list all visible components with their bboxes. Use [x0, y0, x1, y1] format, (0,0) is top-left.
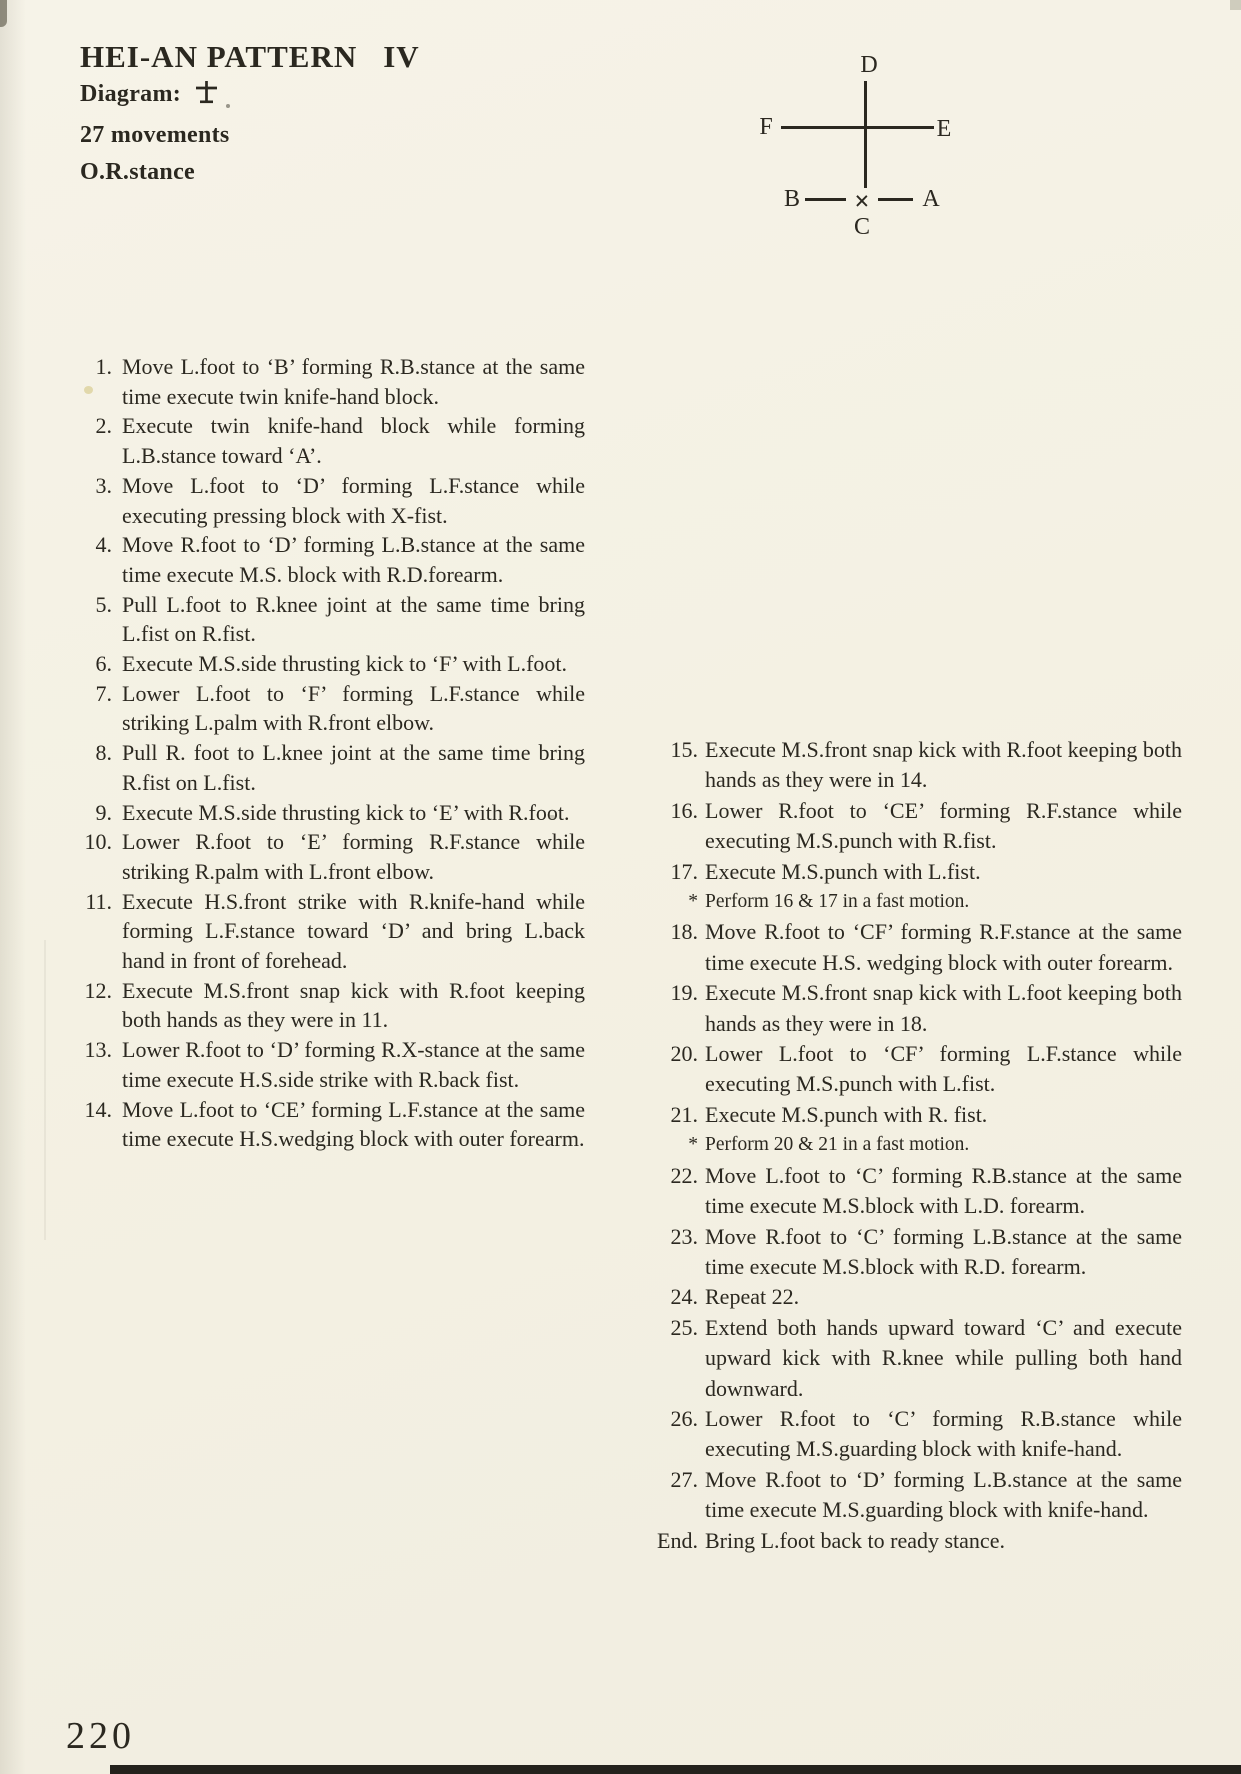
instruction-item: 11.Execute H.S.front strike with R.knife…	[58, 887, 585, 976]
instruction-number: 15.	[640, 735, 698, 765]
instruction-number: 5.	[58, 590, 112, 620]
instruction-item: 3.Move L.foot to ‘D’ forming L.F.stance …	[58, 471, 585, 530]
scan-artifact-corner-left	[0, 0, 7, 27]
instruction-number: 8.	[58, 738, 112, 768]
instruction-number: 26.	[640, 1404, 698, 1434]
instruction-text: Move R.foot to ‘C’ forming L.B.stance at…	[705, 1224, 1182, 1279]
instruction-text: Lower L.foot to ‘F’ forming L.F.stance w…	[122, 681, 585, 736]
instruction-text: Repeat 22.	[705, 1284, 799, 1309]
page-edge-shadow	[0, 0, 26, 1774]
instruction-text: Lower R.foot to ‘CE’ forming R.F.stance …	[705, 798, 1182, 853]
instruction-text: Execute M.S.punch with L.fist.	[705, 859, 981, 884]
instruction-number: 23.	[640, 1222, 698, 1252]
diagram-point-c: C	[854, 215, 870, 239]
instruction-text: Extend both hands upward toward ‘C’ and …	[705, 1315, 1182, 1401]
instruction-number: 3.	[58, 471, 112, 501]
diagram-horizontal-line	[781, 126, 934, 129]
instruction-number: 17.	[640, 857, 698, 887]
instruction-number: 7.	[58, 679, 112, 709]
instruction-item: 15.Execute M.S.front snap kick with R.fo…	[640, 735, 1182, 796]
instruction-item: 1.Move L.foot to ‘B’ forming R.B.stance …	[58, 352, 585, 411]
instruction-text: Move L.foot to ‘CE’ forming L.F.stance a…	[122, 1097, 585, 1152]
instruction-number: 27.	[640, 1465, 698, 1495]
instruction-item: 12.Execute M.S.front snap kick with R.fo…	[58, 976, 585, 1035]
instruction-number: 18.	[640, 917, 698, 947]
instruction-text: Lower R.foot to ‘C’ forming R.B.stance w…	[705, 1406, 1182, 1461]
page-header: HEI-AN PATTERNIV Diagram: 27 movements O…	[80, 38, 420, 191]
instruction-text: Move R.foot to ‘D’ forming L.B.stance at…	[705, 1467, 1182, 1522]
instruction-item: 19.Execute M.S.front snap kick with L.fo…	[640, 978, 1182, 1039]
diagram-caption-line: Diagram:	[80, 76, 420, 117]
diagram-point-f: F	[759, 115, 772, 139]
instruction-item: 6.Execute M.S.side thrusting kick to ‘F’…	[58, 649, 585, 679]
diagram-cross-mark: ×	[854, 189, 869, 213]
scan-artifact-crease	[44, 940, 46, 1240]
instruction-text: Bring L.foot back to ready stance.	[705, 1528, 1005, 1553]
instruction-number: *	[640, 1130, 698, 1160]
instruction-number: 16.	[640, 796, 698, 826]
instruction-item: 9.Execute M.S.side thrusting kick to ‘E’…	[58, 798, 585, 828]
instruction-item: 25.Extend both hands upward toward ‘C’ a…	[640, 1313, 1182, 1404]
instruction-text: Lower R.foot to ‘E’ forming R.F.stance w…	[122, 829, 585, 884]
instruction-text: Execute twin knife-hand block while form…	[122, 413, 585, 468]
pattern-diagram: D F E B × A C	[740, 40, 970, 250]
instruction-number: *	[640, 887, 698, 917]
instruction-number: 21.	[640, 1100, 698, 1130]
instruction-item: 16.Lower R.foot to ‘CE’ forming R.F.stan…	[640, 796, 1182, 857]
instruction-text: Execute M.S.front snap kick with R.foot …	[122, 978, 585, 1033]
instruction-item: 14.Move L.foot to ‘CE’ forming L.F.stanc…	[58, 1095, 585, 1154]
instructions-column-left: 1.Move L.foot to ‘B’ forming R.B.stance …	[58, 352, 585, 1154]
instruction-number: 2.	[58, 411, 112, 441]
diagram-point-d: D	[860, 53, 877, 77]
movement-count-label: 27 movements	[80, 117, 420, 154]
instruction-item: 24.Repeat 22.	[640, 1282, 1182, 1312]
instruction-text: Execute M.S.front snap kick with R.foot …	[705, 737, 1182, 792]
diagram-caption-label: Diagram:	[80, 81, 181, 107]
instruction-item: 21.Execute M.S.punch with R. fist.	[640, 1100, 1182, 1130]
instruction-item: 27.Move R.foot to ‘D’ forming L.B.stance…	[640, 1465, 1182, 1526]
instruction-text: Move L.foot to ‘C’ forming R.B.stance at…	[705, 1163, 1182, 1218]
scan-artifact-speck	[226, 104, 230, 108]
instruction-item: 7.Lower L.foot to ‘F’ forming L.F.stance…	[58, 679, 585, 738]
instruction-item: 13.Lower R.foot to ‘D’ forming R.X-stanc…	[58, 1035, 585, 1094]
diagram-bottom-line-left	[805, 198, 846, 201]
instruction-item: 23.Move R.foot to ‘C’ forming L.B.stance…	[640, 1222, 1182, 1283]
instruction-number: 1.	[58, 352, 112, 382]
instruction-number: 13.	[58, 1035, 112, 1065]
instruction-item: 8.Pull R. foot to L.knee joint at the sa…	[58, 738, 585, 797]
page-title-numeral: IV	[383, 39, 419, 74]
instruction-number: 22.	[640, 1161, 698, 1191]
instruction-item: *Perform 20 & 21 in a fast motion.	[640, 1130, 1182, 1160]
instruction-number: End.	[640, 1526, 698, 1556]
instruction-text: Execute M.S.side thrusting kick to ‘E’ w…	[122, 800, 569, 825]
instruction-text: Execute M.S.front snap kick with L.foot …	[705, 980, 1182, 1035]
instruction-text: Lower L.foot to ‘CF’ forming L.F.stance …	[705, 1041, 1182, 1096]
stance-label: O.R.stance	[80, 154, 420, 191]
scan-artifact-corner-right	[1230, 0, 1241, 10]
instruction-item: 22.Move L.foot to ‘C’ forming R.B.stance…	[640, 1161, 1182, 1222]
instructions-column-right: 15.Execute M.S.front snap kick with R.fo…	[640, 735, 1182, 1556]
instruction-item: End.Bring L.foot back to ready stance.	[640, 1526, 1182, 1556]
instruction-number: 25.	[640, 1313, 698, 1343]
instruction-number: 4.	[58, 530, 112, 560]
instruction-item: 18.Move R.foot to ‘CF’ forming R.F.stanc…	[640, 917, 1182, 978]
instruction-text: Perform 20 & 21 in a fast motion.	[705, 1134, 969, 1155]
instruction-text: Pull R. foot to L.knee joint at the same…	[122, 740, 585, 795]
scan-artifact-stain	[84, 386, 93, 394]
pattern-symbol-icon	[193, 78, 220, 117]
instruction-item: 10.Lower R.foot to ‘E’ forming R.F.stanc…	[58, 827, 585, 886]
page-number: 220	[66, 1714, 135, 1758]
instruction-text: Execute H.S.front strike with R.knife-ha…	[122, 889, 585, 973]
instruction-item: 17.Execute M.S.punch with L.fist.	[640, 857, 1182, 887]
instruction-number: 19.	[640, 978, 698, 1008]
instruction-number: 24.	[640, 1282, 698, 1312]
instruction-number: 12.	[58, 976, 112, 1006]
book-page: HEI-AN PATTERNIV Diagram: 27 movements O…	[0, 0, 1241, 1774]
page-title: HEI-AN PATTERNIV	[80, 38, 420, 76]
diagram-point-b: B	[784, 187, 800, 211]
instruction-text: Move L.foot to ‘D’ forming L.F.stance wh…	[122, 473, 585, 528]
instruction-item: 5.Pull L.foot to R.knee joint at the sam…	[58, 590, 585, 649]
instruction-text: Execute M.S.side thrusting kick to ‘F’ w…	[122, 651, 567, 676]
diagram-point-a: A	[922, 187, 939, 211]
instruction-text: Perform 16 & 17 in a fast motion.	[705, 891, 969, 912]
diagram-point-e: E	[937, 117, 952, 141]
instruction-text: Pull L.foot to R.knee joint at the same …	[122, 592, 585, 647]
scan-artifact-speck	[548, 815, 556, 820]
instruction-item: 20.Lower L.foot to ‘CF’ forming L.F.stan…	[640, 1039, 1182, 1100]
page-title-text: HEI-AN PATTERN	[80, 39, 357, 74]
instruction-text: Move R.foot to ‘CF’ forming R.F.stance a…	[705, 919, 1182, 974]
instruction-item: *Perform 16 & 17 in a fast motion.	[640, 887, 1182, 917]
diagram-vertical-line	[864, 81, 867, 188]
instruction-text: Execute M.S.punch with R. fist.	[705, 1102, 987, 1127]
instruction-number: 11.	[58, 887, 112, 917]
diagram-bottom-line-right	[878, 198, 913, 201]
instruction-number: 14.	[58, 1095, 112, 1125]
instruction-number: 9.	[58, 798, 112, 828]
instruction-number: 10.	[58, 827, 112, 857]
instruction-item: 26.Lower R.foot to ‘C’ forming R.B.stanc…	[640, 1404, 1182, 1465]
instruction-text: Lower R.foot to ‘D’ forming R.X-stance a…	[122, 1037, 585, 1092]
instruction-item: 4.Move R.foot to ‘D’ forming L.B.stance …	[58, 530, 585, 589]
instruction-number: 20.	[640, 1039, 698, 1069]
instruction-text: Move L.foot to ‘B’ forming R.B.stance at…	[122, 354, 585, 409]
instruction-item: 2.Execute twin knife-hand block while fo…	[58, 411, 585, 470]
instruction-text: Move R.foot to ‘D’ forming L.B.stance at…	[122, 532, 585, 587]
instruction-number: 6.	[58, 649, 112, 679]
page-bottom-rule	[110, 1765, 1241, 1774]
